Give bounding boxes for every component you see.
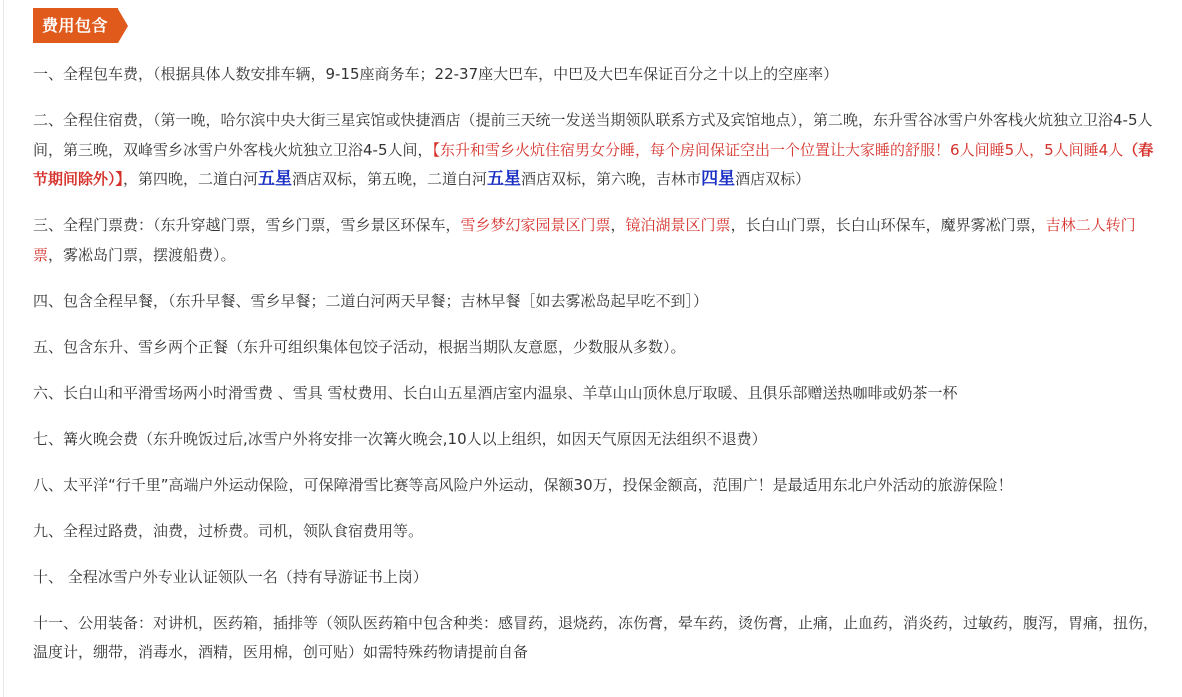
list-item-meals: 五、包含东升、雪乡两个正餐（东升可组织集体包饺子活动，根据当期队友意愿，少数服从… (33, 333, 1158, 363)
list-item-tolls: 九、全程过路费，油费，过桥费。司机，领队食宿费用等。 (33, 517, 1158, 547)
fee-inclusion-list: 一、全程包车费，（根据具体人数安排车辆，9-15座商务车；22-37座大巴车，中… (33, 60, 1158, 668)
list-item-equipment: 十一、公用装备：对讲机，医药箱，插排等（领队医药箱中包含种类：感冒药，退烧药，冻… (33, 609, 1158, 668)
five-star-label: 五星 (487, 169, 521, 189)
section-title: 费用包含 (33, 8, 118, 43)
list-item-tickets: 三、全程门票费：（东升穿越门票，雪乡门票，雪乡景区环保车，雪乡梦幻家园景区门票，… (33, 211, 1158, 270)
list-item-insurance: 八、太平洋“行千里”高端户外运动保险，可保障滑雪比赛等高风险户外运动，保额30万… (33, 471, 1158, 501)
list-item-transport: 一、全程包车费，（根据具体人数安排车辆，9-15座商务车；22-37座大巴车，中… (33, 60, 1158, 90)
five-star-label: 五星 (258, 169, 292, 189)
list-item-accommodation: 二、全程住宿费，（第一晚，哈尔滨中央大街三星宾馆或快捷酒店（提前三天统一发送当期… (33, 106, 1158, 195)
list-item-guide: 十、 全程冰雪户外专业认证领队一名（持有导游证书上岗） (33, 563, 1158, 593)
section-header-badge: 费用包含 (33, 8, 128, 43)
four-star-label: 四星 (701, 169, 735, 189)
list-item-bonfire: 七、篝火晚会费（东升晚饭过后,冰雪户外将安排一次篝火晚会,10人以上组织，如因天… (33, 425, 1158, 455)
left-border (3, 0, 4, 697)
ticket-highlight: 镜泊湖景区门票 (626, 216, 731, 234)
accommodation-note: 【东升和雪乡火炕住宿男女分睡，每个房间保证空出一个位置让大家睡的舒服！6人间睡5… (433, 141, 1124, 159)
badge-arrow-icon (118, 9, 128, 43)
list-item-skiing: 六、长白山和平滑雪场两小时滑雪费 、雪具 雪杖费用、长白山五星酒店室内温泉、羊草… (33, 379, 1158, 409)
list-item-breakfast: 四、包含全程早餐，（东升早餐、雪乡早餐；二道白河两天早餐；吉林早餐［如去雾凇岛起… (33, 287, 1158, 317)
ticket-highlight: 雪乡梦幻家园景区门票 (461, 216, 611, 234)
